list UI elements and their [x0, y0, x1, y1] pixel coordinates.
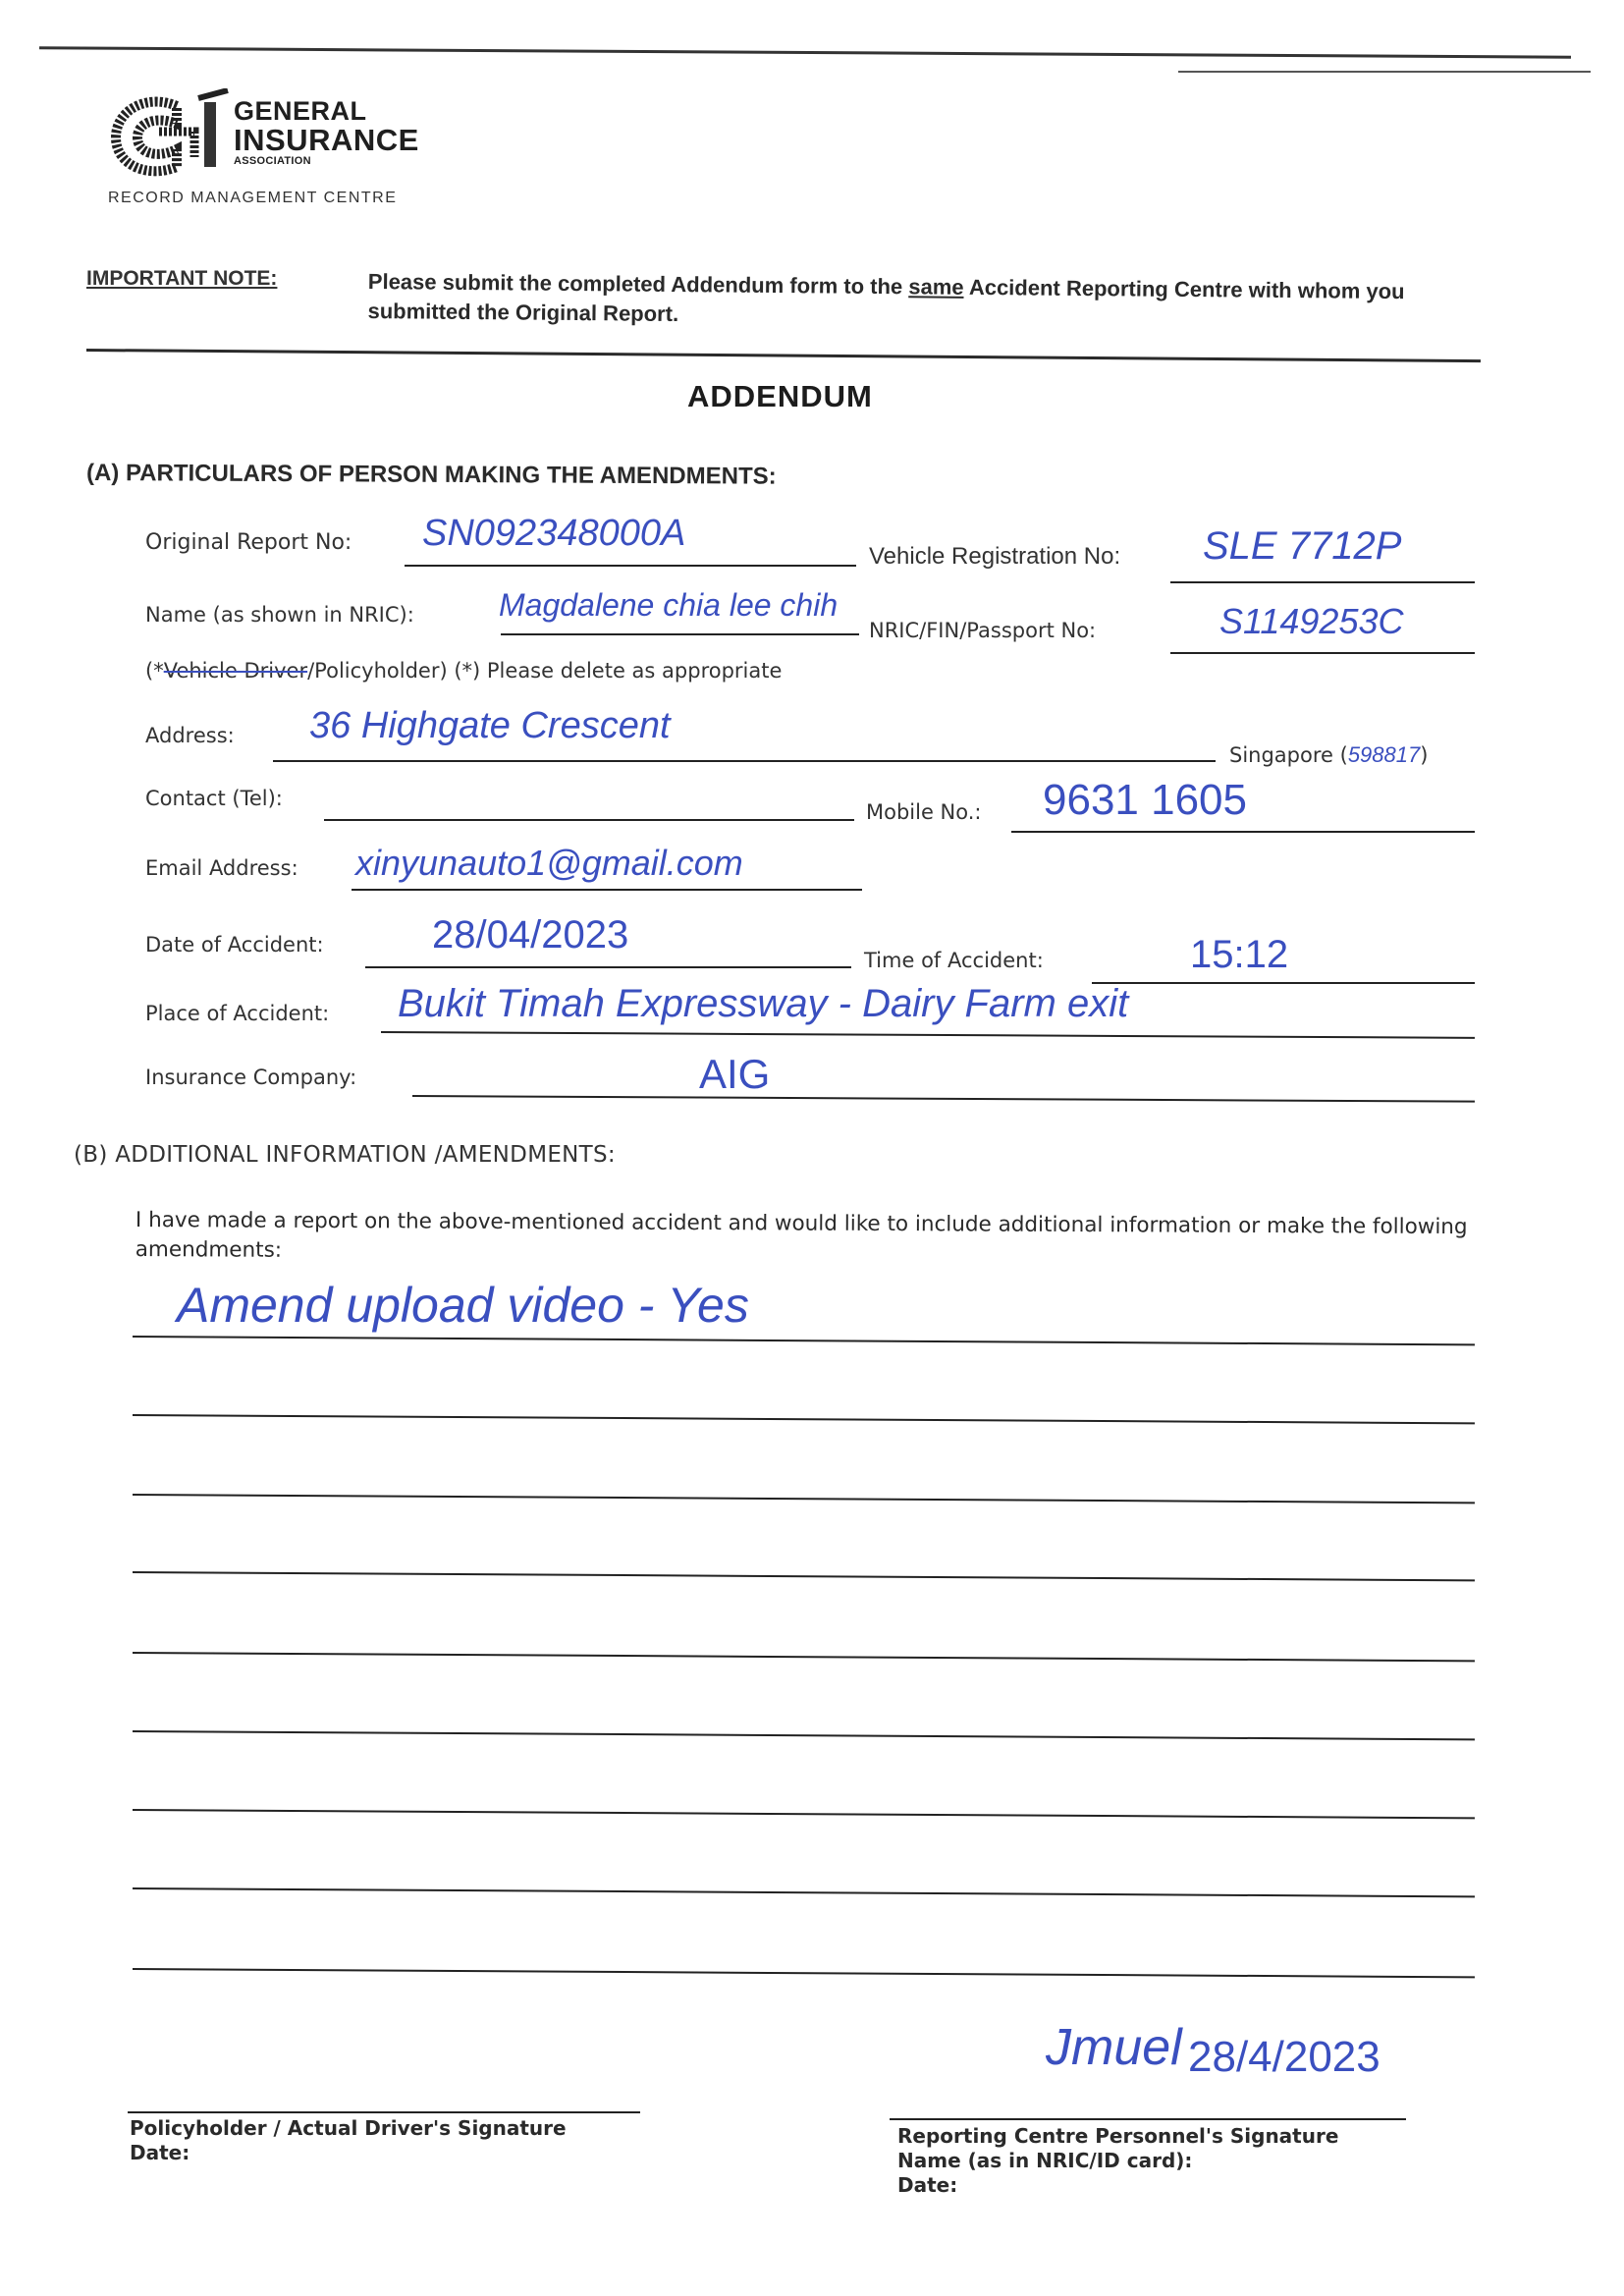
email-label: Email Address: — [145, 856, 298, 880]
name-field[interactable]: Magdalene chia lee chih — [499, 587, 838, 624]
section-a-heading: (A) PARTICULARS OF PERSON MAKING THE AME… — [86, 460, 777, 491]
email-field[interactable]: xinyunauto1@gmail.com — [355, 843, 743, 884]
vehicle-reg-field[interactable]: SLE 7712P — [1203, 524, 1401, 569]
emphasis-same: same — [908, 274, 964, 300]
amendment-line — [133, 1571, 1475, 1581]
amendment-field[interactable] — [177, 1593, 766, 1648]
policyholder-signature-line — [128, 2111, 640, 2113]
name-label: Name (as shown in NRIC): — [145, 603, 414, 627]
mobile-line — [1011, 831, 1475, 833]
role-note: (*Vehicle Driver/Policyholder) (*) Pleas… — [145, 659, 782, 683]
amendment-line — [133, 1968, 1475, 1978]
original-report-line — [405, 565, 856, 567]
amendment-field[interactable] — [177, 1435, 766, 1490]
amendment-field[interactable] — [177, 1909, 766, 1964]
scan-top-edge — [39, 46, 1571, 59]
personnel-signature-line — [890, 2118, 1406, 2120]
personnel-signature-field[interactable]: Jmuel — [1046, 2018, 1182, 2077]
address-suffix: Singapore (598817) — [1229, 742, 1428, 768]
address-label: Address: — [145, 724, 235, 747]
section-b-heading: (B) ADDITIONAL INFORMATION /AMENDMENTS: — [74, 1142, 616, 1168]
amendment-field[interactable] — [177, 1355, 766, 1410]
insurance-company-field[interactable]: AIG — [699, 1051, 770, 1098]
amendment-field[interactable] — [177, 1829, 766, 1884]
personnel-signature-date-field[interactable]: 28/4/2023 — [1188, 2033, 1380, 2082]
logo-subtitle: RECORD MANAGEMENT CENTRE — [108, 190, 397, 207]
address-field[interactable]: 36 Highgate Crescent — [309, 705, 671, 747]
divider — [86, 349, 1481, 362]
place-of-accident-field[interactable]: Bukit Timah Expressway - Dairy Farm exit — [398, 982, 1128, 1026]
time-of-accident-field[interactable]: 15:12 — [1190, 933, 1288, 977]
scan-top-edge-2 — [1178, 71, 1591, 73]
address-line — [273, 760, 1216, 762]
personnel-signature-block: Reporting Centre Personnel's Signature N… — [897, 2124, 1338, 2198]
date-of-accident-label: Date of Accident: — [145, 933, 324, 957]
nric-field[interactable]: S1149253C — [1219, 601, 1404, 642]
amendment-line — [133, 1809, 1475, 1819]
amendment-line — [133, 1730, 1475, 1740]
name-line — [501, 633, 859, 635]
logo-wordmark: GENERAL INSURANCE ASSOCIATION — [234, 98, 419, 168]
email-line — [352, 889, 862, 891]
amendment-line — [133, 1414, 1475, 1424]
insurance-company-line — [412, 1095, 1475, 1103]
mobile-label: Mobile No.: — [866, 800, 982, 824]
place-of-accident-line — [381, 1031, 1475, 1039]
date-of-accident-field[interactable]: 28/04/2023 — [432, 913, 628, 957]
amendment-field[interactable]: Amend upload video - Yes — [177, 1277, 766, 1332]
original-report-field[interactable]: SN092348000A — [422, 513, 685, 555]
gia-emblem-icon — [108, 88, 236, 182]
page-title: ADDENDUM — [687, 379, 873, 414]
time-of-accident-label: Time of Accident: — [864, 949, 1044, 972]
role-vehicle-driver-struck: Vehicle Driver — [164, 659, 307, 683]
nric-line — [1170, 652, 1475, 654]
amendment-line — [133, 1887, 1475, 1897]
contact-tel-label: Contact (Tel): — [145, 787, 283, 810]
amendment-line — [133, 1494, 1475, 1503]
amendment-line — [133, 1336, 1475, 1345]
postal-code-field[interactable]: 598817 — [1348, 742, 1420, 767]
amendment-field[interactable] — [177, 1750, 766, 1805]
date-of-accident-line — [365, 966, 851, 968]
section-b-intro: I have made a report on the above-mentio… — [135, 1206, 1481, 1272]
mobile-field[interactable]: 9631 1605 — [1043, 776, 1247, 825]
original-report-label: Original Report No: — [145, 530, 352, 555]
important-note-text: Please submit the completed Addendum for… — [367, 267, 1478, 337]
time-of-accident-line — [1092, 982, 1475, 984]
amendment-field[interactable] — [177, 1512, 766, 1567]
important-note-label: IMPORTANT NOTE: — [86, 267, 277, 291]
vehicle-reg-line — [1170, 581, 1475, 583]
policyholder-signature-block: Policyholder / Actual Driver's Signature… — [130, 2116, 567, 2165]
vehicle-reg-label: Vehicle Registration No: — [869, 543, 1120, 571]
place-of-accident-label: Place of Accident: — [145, 1002, 329, 1025]
amendment-field[interactable] — [177, 1671, 766, 1726]
amendment-line — [133, 1652, 1475, 1662]
nric-label: NRIC/FIN/Passport No: — [869, 619, 1096, 642]
contact-tel-line — [324, 819, 854, 821]
insurance-company-label: Insurance Company: — [145, 1066, 356, 1089]
